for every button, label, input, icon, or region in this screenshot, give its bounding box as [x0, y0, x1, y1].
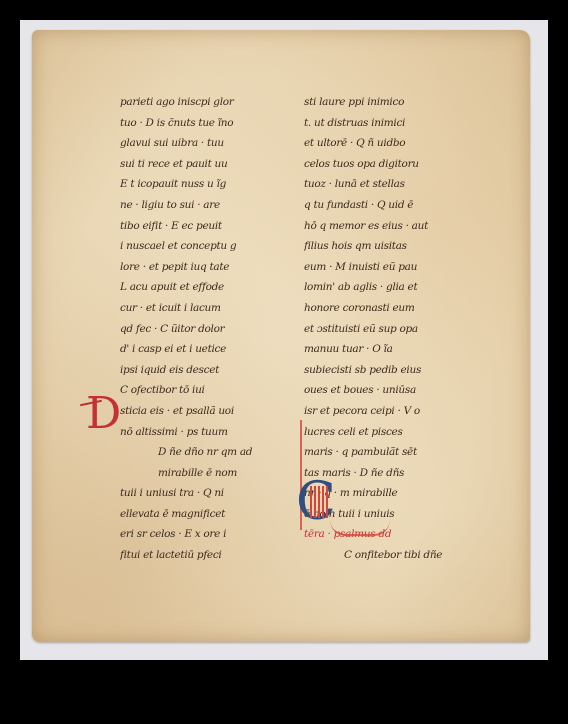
text-line: tibo eifit · E ec peuit	[120, 216, 298, 237]
text-line: manuu tuar · O ĩa	[304, 339, 494, 360]
text-line: qd fec · C ũitor dolor	[120, 319, 298, 340]
text-line: celos tuos opa digitoru	[304, 154, 494, 175]
text-line: ne · ligiu to sui · are	[120, 195, 298, 216]
text-line: eri sr celos · E x ore i	[120, 524, 298, 545]
text-line: lore · et pepit iuq tate	[120, 257, 298, 278]
text-line: mirabille ē nom	[120, 463, 298, 484]
text-line: nō altissimi · ps tuum	[120, 422, 298, 443]
text-line: tuii i uniusi tra · Q ni	[120, 483, 298, 504]
text-line: q tu fundasti · Q uid ē	[304, 195, 494, 216]
text-line: C onfitebor tibi dñe	[304, 545, 494, 566]
text-line: lomin' ab aglis · glia et	[304, 277, 494, 298]
text-line: sti laure ppi inimico	[304, 92, 494, 113]
text-line: eum · M inuisti eũ pau	[304, 257, 494, 278]
text-line: cur · et icuit i lacum	[120, 298, 298, 319]
text-line: lucres celi et pisces	[304, 422, 494, 443]
text-line: t. ut distruas inimici	[304, 113, 494, 134]
text-line: isr et pecora ceipi · V o	[304, 401, 494, 422]
text-line: honore coronasti eum	[304, 298, 494, 319]
text-line: E t icopauit nuss u ĩg	[120, 174, 298, 195]
text-line: filius hois qm uisitas	[304, 236, 494, 257]
text-line: maris · q pambulãt sēt	[304, 442, 494, 463]
text-line: subiecisti sb pedib eius	[304, 360, 494, 381]
text-line: sui ti rece et pauit uu	[120, 154, 298, 175]
text-line: D ñe dño nr qm ad	[120, 442, 298, 463]
text-line: hō q memor es eius · aut	[304, 216, 494, 237]
text-line: oues et boues · uniūsa	[304, 380, 494, 401]
text-line: parieti ago iniscpi glor	[120, 92, 298, 113]
text-line: d' i casp ei et i uetice	[120, 339, 298, 360]
decorated-initial-d: D	[86, 392, 121, 436]
text-line: sticia eis · et psallã uoi	[120, 401, 298, 422]
text-line: i nuscael et conceptu g	[120, 236, 298, 257]
red-hatched-fill	[310, 486, 328, 518]
text-line: et ɔstituisti eũ sup opa	[304, 319, 494, 340]
text-line: ipsi iquid eis descet	[120, 360, 298, 381]
text-line: fitui et lactetiū pfeci	[120, 545, 298, 566]
left-text-column: parieti ago iniscpi glor tuo · D is c̄nu…	[120, 92, 298, 566]
text-line: tuo · D is c̄nuts tue ĩno	[120, 113, 298, 134]
text-line: C ofectibor tō iui	[120, 380, 298, 401]
text-line: tuoz · lunā et stellas	[304, 174, 494, 195]
text-line: et ultorē · Q ñ uidbo	[304, 133, 494, 154]
text-line: glavui sui uibra · tuu	[120, 133, 298, 154]
text-line: L acu apuit et effode	[120, 277, 298, 298]
red-penwork-scroll	[330, 520, 390, 536]
text-line: ellevata ē magnificet	[120, 504, 298, 525]
